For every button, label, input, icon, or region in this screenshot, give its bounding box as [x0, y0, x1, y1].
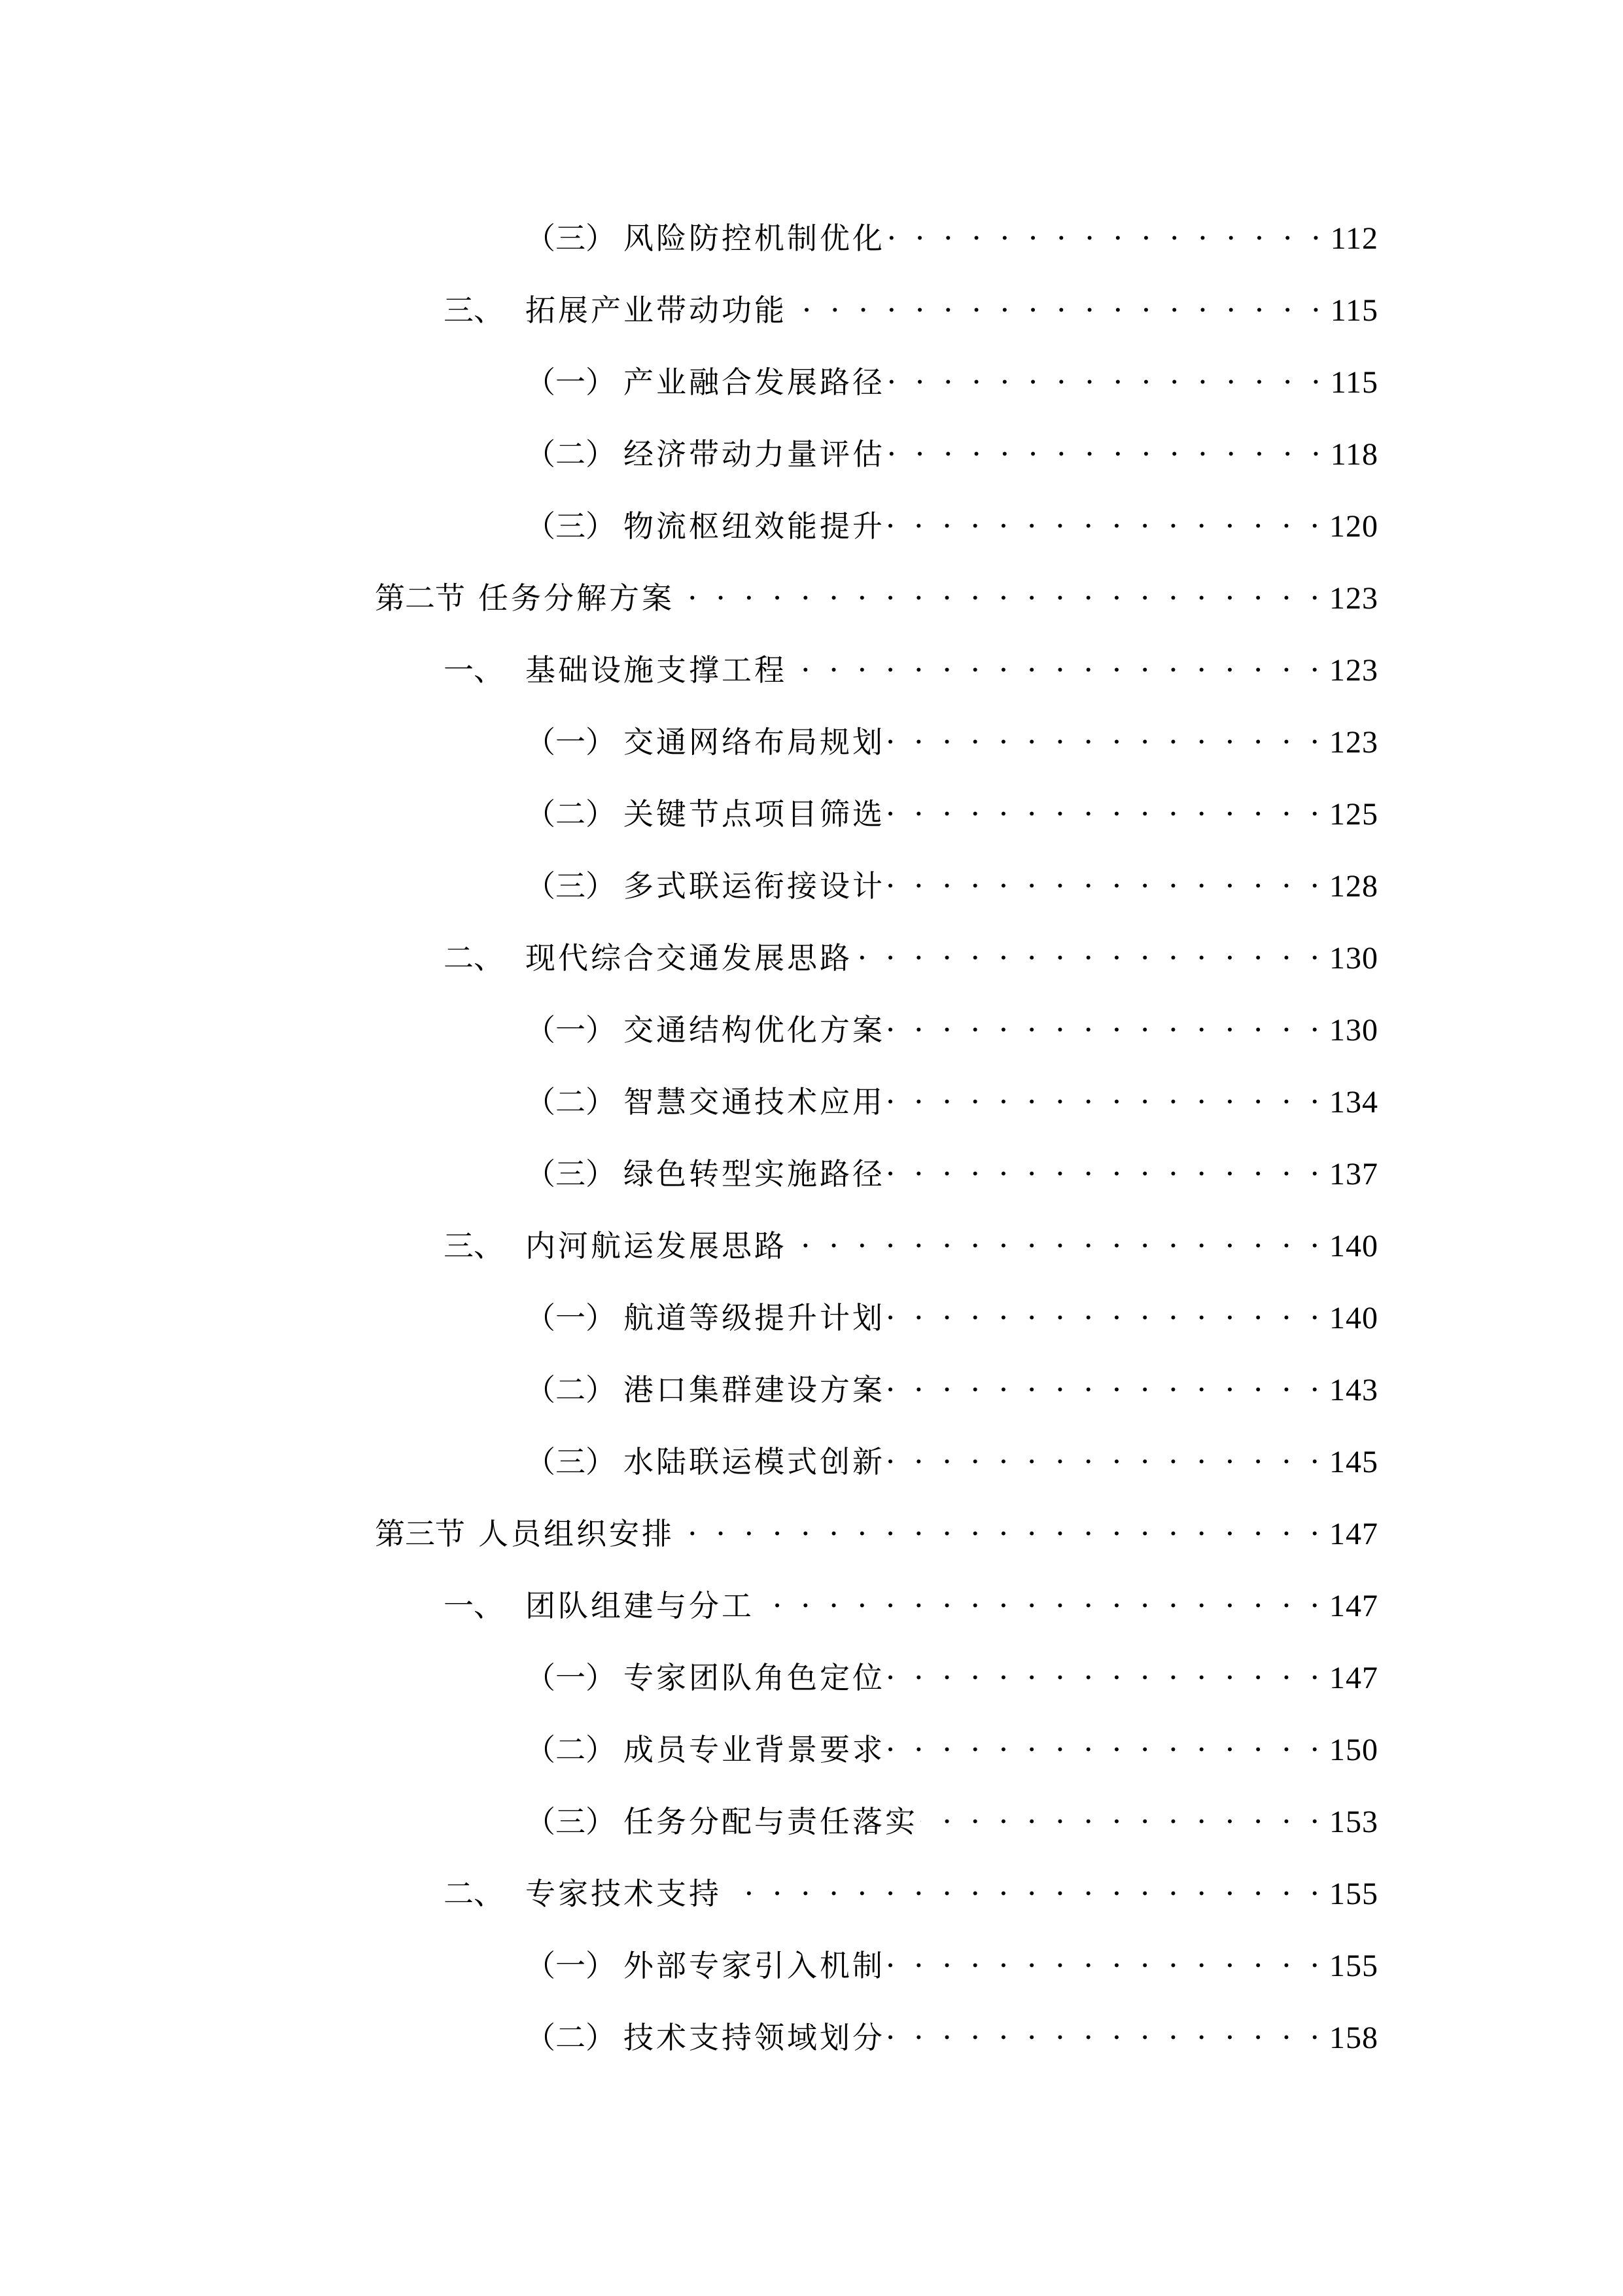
- dot-leader: [888, 1361, 1324, 1400]
- toc-entry-title: 专家技术支持: [525, 1874, 722, 1913]
- toc-entry[interactable]: 二、 现代综合交通发展思路 130: [444, 929, 1378, 968]
- dot-leader: [888, 1649, 1324, 1688]
- dot-leader: [888, 857, 1324, 896]
- toc-entry-page: 155: [1329, 1947, 1378, 1986]
- toc-entry[interactable]: （一） 交通网络布局规划 123: [525, 713, 1378, 752]
- toc-entry[interactable]: （二） 经济带动力量评估 118: [525, 425, 1378, 465]
- toc-entry-number: （三）: [525, 506, 623, 546]
- toc-entry[interactable]: （一） 专家团队角色定位 147: [525, 1649, 1378, 1688]
- toc-entry-number: （二）: [525, 1730, 623, 1769]
- toc-entry[interactable]: （二） 港口集群建设方案 143: [525, 1361, 1378, 1400]
- toc-entry[interactable]: （三） 绿色转型实施路径 137: [525, 1145, 1378, 1184]
- toc-entry-number: 一、: [444, 650, 525, 690]
- toc-entry[interactable]: 二、 专家技术支持 155: [444, 1865, 1378, 1904]
- toc-entry-number: 第二节: [375, 578, 465, 618]
- toc-entry-number: （一）: [525, 362, 623, 402]
- toc-entry-title: 绿色转型实施路径: [623, 1154, 885, 1193]
- toc-entry-title: 产业融合发展路径: [623, 362, 885, 402]
- toc-entry-title: 内河航运发展思路: [525, 1226, 787, 1265]
- toc-entry[interactable]: （一） 航道等级提升计划 140: [525, 1289, 1378, 1328]
- toc-entry-title: 任务分配与责任落实: [623, 1802, 918, 1841]
- toc-entry-number: （一）: [525, 1946, 623, 1985]
- toc-entry-title: 智慧交通技术应用: [623, 1082, 885, 1122]
- dot-leader: [677, 1505, 1324, 1544]
- dot-leader: [888, 1001, 1324, 1040]
- toc-entry-title: 人员组织安排: [478, 1514, 674, 1553]
- toc-entry-page: 120: [1329, 507, 1378, 546]
- dot-leader: [888, 1289, 1324, 1328]
- toc-entry[interactable]: 三、 拓展产业带动功能 115: [444, 281, 1378, 321]
- toc-entry[interactable]: （三） 水陆联运模式创新 145: [525, 1433, 1378, 1472]
- toc-entry-title: 水陆联运模式创新: [623, 1442, 885, 1481]
- toc-entry-title: 现代综合交通发展思路: [525, 938, 852, 978]
- toc-entry-title: 外部专家引入机制: [623, 1946, 885, 1985]
- toc-entry-number: （三）: [525, 1802, 623, 1841]
- toc-entry-page: 147: [1329, 1515, 1378, 1554]
- toc-entry[interactable]: （三） 多式联运衔接设计 128: [525, 857, 1378, 896]
- toc-entry-page: 128: [1329, 867, 1378, 906]
- toc-entry-page: 115: [1331, 363, 1378, 402]
- toc-entry-title: 交通网络布局规划: [623, 722, 885, 762]
- toc-entry-page: 158: [1329, 2019, 1378, 2058]
- toc-entry-page: 147: [1329, 1659, 1378, 1698]
- toc-entry-page: 118: [1331, 435, 1378, 474]
- toc-entry-number: （二）: [525, 1082, 623, 1122]
- toc-entry-page: 123: [1329, 651, 1378, 690]
- toc-entry-title: 成员专业背景要求: [623, 1730, 885, 1769]
- toc-entry[interactable]: （二） 关键节点项目筛选 125: [525, 785, 1378, 824]
- toc-entry-title: 技术支持领域划分: [623, 2018, 885, 2057]
- toc-entry-title: 任务分解方案: [478, 578, 674, 618]
- dot-leader: [888, 713, 1324, 752]
- toc-entry-number: 二、: [444, 1874, 525, 1913]
- toc-entry-section[interactable]: 第三节 人员组织安排 147: [375, 1505, 1378, 1544]
- toc-entry[interactable]: （三） 风险防控机制优化 112: [525, 209, 1378, 249]
- toc-entry-page: 140: [1329, 1227, 1378, 1266]
- toc-entry[interactable]: 三、 内河航运发展思路 140: [444, 1217, 1378, 1256]
- dot-leader: [790, 281, 1325, 321]
- toc-entry[interactable]: （三） 任务分配与责任落实 153: [525, 1793, 1378, 1832]
- toc-entry[interactable]: 一、 基础设施支撑工程 123: [444, 641, 1378, 680]
- toc-entry-title: 基础设施支撑工程: [525, 650, 787, 690]
- toc-entry[interactable]: （二） 成员专业背景要求 150: [525, 1721, 1378, 1760]
- toc-entry-number: （二）: [525, 794, 623, 834]
- toc-entry-number: 三、: [444, 1226, 525, 1265]
- dot-leader: [888, 1937, 1324, 1976]
- toc-entry-title: 拓展产业带动功能: [525, 291, 787, 330]
- dot-leader: [888, 1721, 1324, 1760]
- toc-entry-page: 134: [1329, 1083, 1378, 1122]
- toc-entry-page: 143: [1329, 1371, 1378, 1410]
- dot-leader: [888, 1145, 1324, 1184]
- toc-entry-section[interactable]: 第二节 任务分解方案 123: [375, 569, 1378, 609]
- toc-entry-page: 145: [1329, 1443, 1378, 1482]
- toc-entry-page: 123: [1329, 579, 1378, 618]
- toc-entry-number: （一）: [525, 722, 623, 762]
- dot-leader: [757, 1577, 1324, 1616]
- toc-entry-page: 112: [1331, 219, 1378, 258]
- dot-leader: [790, 1217, 1324, 1256]
- toc-entry-number: （二）: [525, 1370, 623, 1409]
- toc-entry-page: 115: [1331, 291, 1378, 330]
- dot-leader: [888, 1073, 1324, 1112]
- toc-entry[interactable]: （一） 产业融合发展路径 115: [525, 353, 1378, 393]
- toc-entry-page: 137: [1329, 1155, 1378, 1194]
- toc-entry-number: （一）: [525, 1658, 623, 1697]
- toc-entry-number: （二）: [525, 434, 623, 474]
- toc-entry-title: 经济带动力量评估: [623, 434, 885, 474]
- toc-entry[interactable]: （三） 物流枢纽效能提升 120: [525, 497, 1378, 537]
- toc-entry-number: （三）: [525, 1442, 623, 1481]
- dot-leader: [888, 785, 1324, 824]
- toc-entry-title: 物流枢纽效能提升: [623, 506, 885, 546]
- toc-entry-page: 153: [1329, 1803, 1378, 1842]
- dot-leader: [855, 929, 1324, 968]
- toc-entry[interactable]: （一） 外部专家引入机制 155: [525, 1937, 1378, 1976]
- toc-entry-title: 专家团队角色定位: [623, 1658, 885, 1697]
- toc-entry-page: 140: [1329, 1299, 1378, 1338]
- toc-entry-number: （一）: [525, 1010, 623, 1050]
- toc-entry[interactable]: 一、 团队组建与分工 147: [444, 1577, 1378, 1616]
- toc-entry-number: （一）: [525, 1298, 623, 1337]
- dot-leader: [888, 497, 1324, 537]
- toc-entry-page: 130: [1329, 939, 1378, 978]
- toc-entry-page: 150: [1329, 1731, 1378, 1770]
- toc-entry[interactable]: （二） 智慧交通技术应用 134: [525, 1073, 1378, 1112]
- toc-entry-page: 147: [1329, 1587, 1378, 1626]
- toc-entry-page: 125: [1329, 795, 1378, 834]
- toc-entry-number: （三）: [525, 1154, 623, 1193]
- dot-leader: [888, 425, 1325, 465]
- toc-entry-page: 155: [1329, 1875, 1378, 1914]
- dot-leader: [888, 209, 1325, 249]
- toc-entry-title: 港口集群建设方案: [623, 1370, 885, 1409]
- toc-entry-number: 二、: [444, 938, 525, 978]
- toc-entry[interactable]: （二） 技术支持领域划分 158: [525, 2009, 1378, 2048]
- dot-leader: [920, 1793, 1324, 1832]
- dot-leader: [724, 1865, 1324, 1904]
- toc-entry-title: 风险防控机制优化: [623, 219, 885, 258]
- toc-entry-title: 团队组建与分工: [525, 1586, 754, 1625]
- toc-entry-page: 130: [1329, 1011, 1378, 1050]
- toc-entry-number: 一、: [444, 1586, 525, 1625]
- dot-leader: [888, 353, 1325, 393]
- toc-entry-number: 第三节: [375, 1514, 465, 1553]
- toc-entry-title: 交通结构优化方案: [623, 1010, 885, 1050]
- dot-leader: [888, 1433, 1324, 1472]
- toc-entry-number: （二）: [525, 2018, 623, 2057]
- toc-entry-number: 三、: [444, 291, 525, 330]
- toc-entry-number: （三）: [525, 866, 623, 906]
- toc-entry-title: 关键节点项目筛选: [623, 794, 885, 834]
- dot-leader: [677, 569, 1324, 609]
- toc-entry-title: 多式联运衔接设计: [623, 866, 885, 906]
- toc-entry-page: 123: [1329, 723, 1378, 762]
- toc-entry-number: （三）: [525, 219, 623, 258]
- dot-leader: [888, 2009, 1324, 2048]
- toc-entry[interactable]: （一） 交通结构优化方案 130: [525, 1001, 1378, 1040]
- toc-entry-title: 航道等级提升计划: [623, 1298, 885, 1337]
- dot-leader: [790, 641, 1324, 680]
